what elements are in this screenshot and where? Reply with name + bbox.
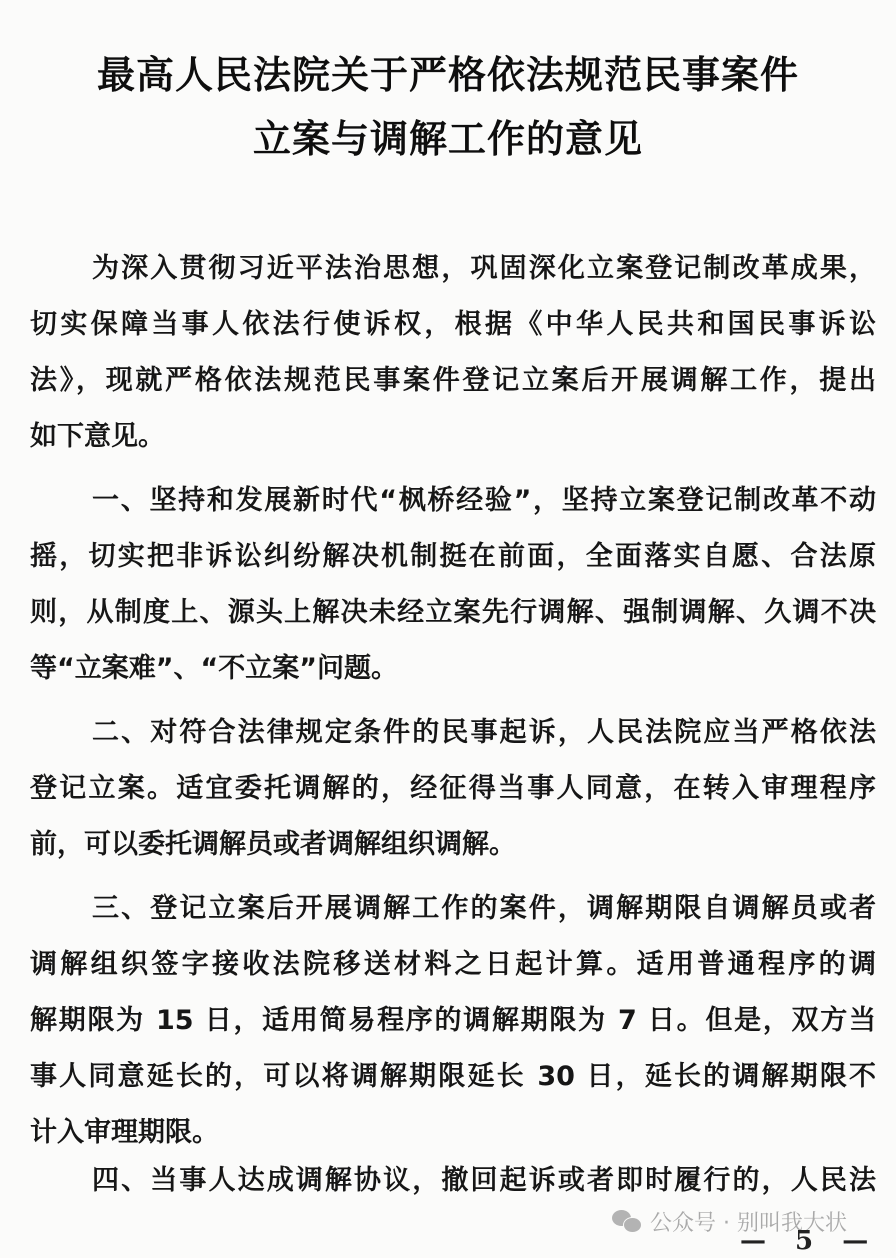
paragraph-article-1-line: 摇，切实把非诉讼纠纷解决机制挺在前面，全面落实自愿、合法原: [30, 534, 876, 573]
paragraph-preamble-line: 为深入贯彻习近平法治思想，巩固深化立案登记制改革成果，: [92, 246, 876, 285]
paragraph-preamble-line: 如下意见。: [30, 414, 876, 453]
paragraph-article-1-line: 则，从制度上、源头上解决未经立案先行调解、强制调解、久调不决: [30, 590, 876, 629]
paragraph-preamble-line: 切实保障当事人依法行使诉权，根据《中华人民共和国民事诉讼: [30, 302, 876, 341]
paragraph-article-3-line: 三、登记立案后开展调解工作的案件，调解期限自调解员或者: [92, 886, 876, 925]
paragraph-article-2-line: 二、对符合法律规定条件的民事起诉，人民法院应当严格依法: [92, 710, 876, 749]
paragraph-article-3-line: 解期限为 15 日，适用简易程序的调解期限为 7 日。但是，双方当: [30, 998, 876, 1037]
paragraph-article-3-line: 计入审理期限。: [30, 1110, 876, 1149]
document-page: 最高人民法院关于严格依法规范民事案件 立案与调解工作的意见 为深入贯彻习近平法治…: [0, 0, 896, 1258]
paragraph-preamble-line: 法》，现就严格依法规范民事案件登记立案后开展调解工作，提出: [30, 358, 876, 397]
page-number: — 5 —: [740, 1226, 878, 1256]
paragraph-article-1-line: 等“立案难”、“不立案”问题。: [30, 646, 876, 685]
wechat-icon: [612, 1210, 642, 1234]
paragraph-article-1-line: 一、坚持和发展新时代“枫桥经验”，坚持立案登记制改革不动: [92, 478, 876, 517]
paragraph-article-4-line: 四、当事人达成调解协议，撤回起诉或者即时履行的，人民法: [92, 1158, 876, 1197]
paragraph-article-2-line: 前，可以委托调解员或者调解组织调解。: [30, 822, 876, 861]
paragraph-article-3-line: 调解组织签字接收法院移送材料之日起计算。适用普通程序的调: [30, 942, 876, 981]
document-title-line-2: 立案与调解工作的意见: [0, 108, 896, 163]
paragraph-article-3-line: 事人同意延长的，可以将调解期限延长 30 日，延长的调解期限不: [30, 1054, 876, 1093]
document-title-line-1: 最高人民法院关于严格依法规范民事案件: [0, 44, 896, 99]
paragraph-article-2-line: 登记立案。适宜委托调解的，经征得当事人同意，在转入审理程序: [30, 766, 876, 805]
